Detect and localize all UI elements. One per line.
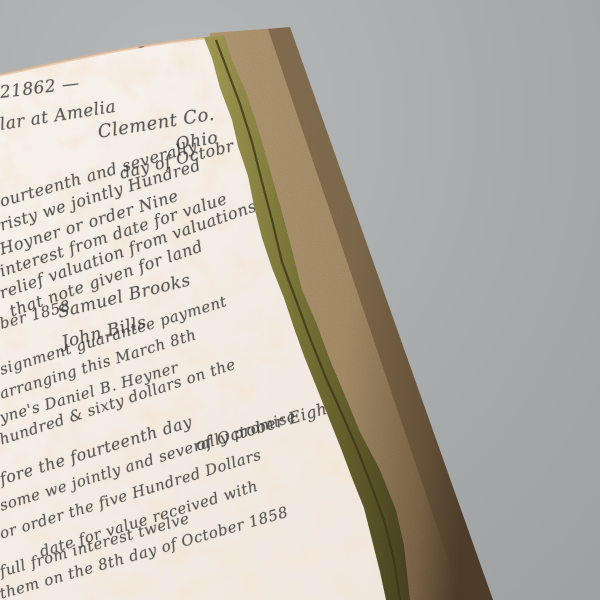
photo-scene: 158& C.e.P. Court January21862 —lar at A…	[0, 0, 600, 600]
card-layers	[0, 0, 600, 600]
